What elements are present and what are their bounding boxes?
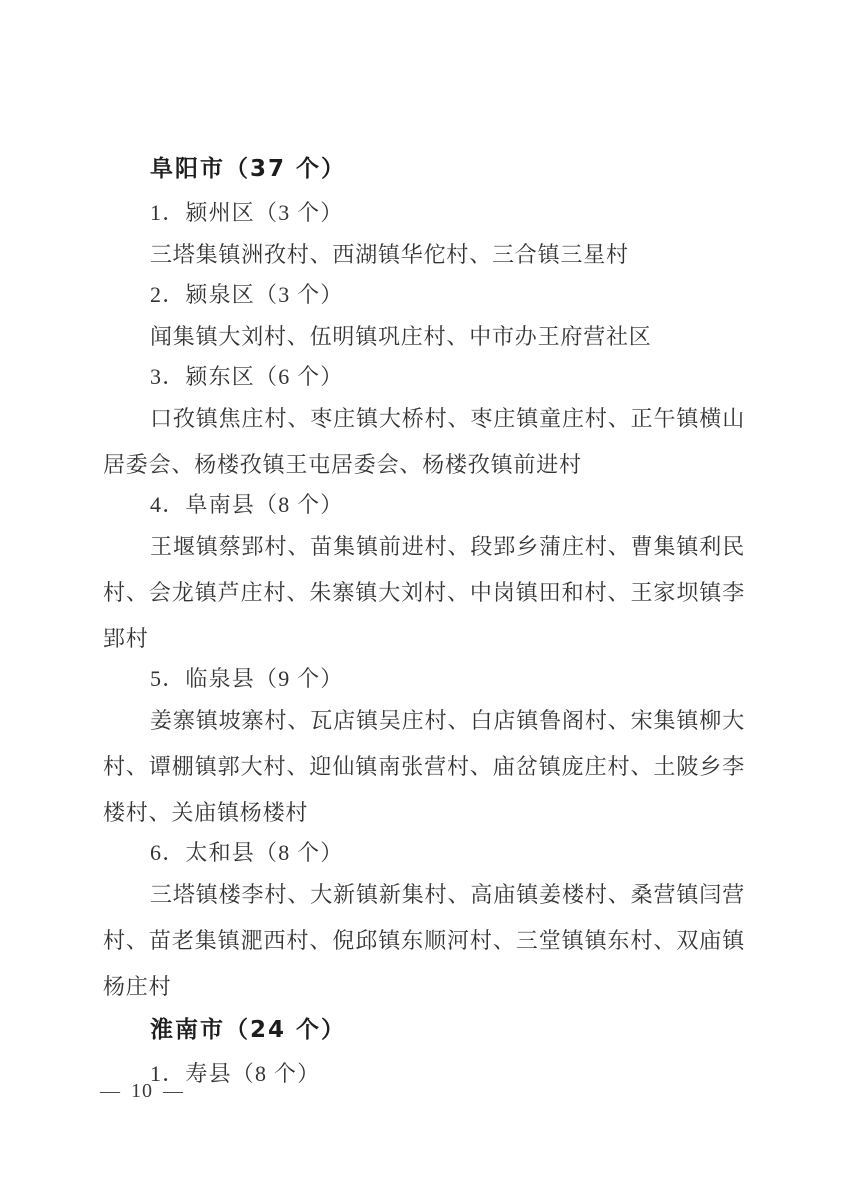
city-section: 淮南市（24 个）1．寿县（8 个） bbox=[103, 1007, 745, 1093]
villages-paragraph: 王堰镇蔡郢村、苗集镇前进村、段郢乡蒲庄村、曹集镇利民村、会龙镇芦庄村、朱寨镇大刘… bbox=[103, 524, 745, 662]
district-heading: 2．颍泉区（3 个） bbox=[103, 275, 745, 314]
district-heading: 3．颍东区（6 个） bbox=[103, 357, 745, 396]
district-heading: 4．阜南县（8 个） bbox=[103, 485, 745, 524]
footer-dash-right: — bbox=[163, 1080, 184, 1103]
document-page: 阜阳市（37 个）1．颍州区（3 个）三塔集镇洲孜村、西湖镇华佗村、三合镇三星村… bbox=[0, 0, 848, 1200]
page-footer: — 10 — bbox=[100, 1080, 184, 1103]
city-heading: 阜阳市（37 个） bbox=[103, 146, 745, 193]
city-section: 阜阳市（37 个）1．颍州区（3 个）三塔集镇洲孜村、西湖镇华佗村、三合镇三星村… bbox=[103, 146, 745, 1010]
page-number: 10 bbox=[131, 1080, 153, 1103]
footer-dash-left: — bbox=[100, 1080, 121, 1103]
villages-paragraph: 姜寨镇坡寨村、瓦店镇吴庄村、白店镇鲁阁村、宋集镇柳大村、谭棚镇郭大村、迎仙镇南张… bbox=[103, 698, 745, 836]
villages-paragraph: 闻集镇大刘村、伍明镇巩庄村、中市办王府营社区 bbox=[103, 314, 745, 360]
villages-paragraph: 三塔镇楼李村、大新镇新集村、高庙镇姜楼村、桑营镇闫营村、苗老集镇淝西村、倪邱镇东… bbox=[103, 872, 745, 1010]
district-heading: 6．太和县（8 个） bbox=[103, 833, 745, 872]
district-heading: 1．颍州区（3 个） bbox=[103, 193, 745, 232]
district-heading: 1．寿县（8 个） bbox=[103, 1054, 745, 1093]
district-heading: 5．临泉县（9 个） bbox=[103, 659, 745, 698]
document-content: 阜阳市（37 个）1．颍州区（3 个）三塔集镇洲孜村、西湖镇华佗村、三合镇三星村… bbox=[103, 146, 745, 1093]
villages-paragraph: 口孜镇焦庄村、枣庄镇大桥村、枣庄镇童庄村、正午镇横山居委会、杨楼孜镇王屯居委会、… bbox=[103, 396, 745, 488]
city-heading: 淮南市（24 个） bbox=[103, 1007, 745, 1054]
villages-paragraph: 三塔集镇洲孜村、西湖镇华佗村、三合镇三星村 bbox=[103, 232, 745, 278]
